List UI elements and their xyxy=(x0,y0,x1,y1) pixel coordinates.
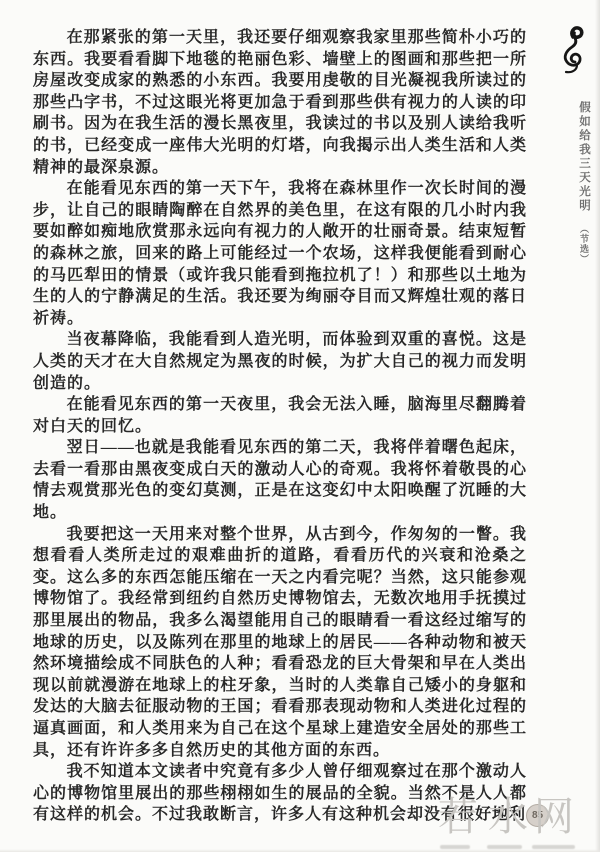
watermark-char-3: 网 xyxy=(534,796,574,838)
body-text: 在那紧张的第一天里，我还要仔细观察我家里那些简朴小巧的东西。我要看看脚下地毯的艳… xyxy=(33,27,527,826)
paragraph-4: 在能看见东西的第一天夜里，我会无法入睡，脑海里尽翻腾着对白天的回忆。 xyxy=(33,394,527,437)
chapter-subtitle-text: （节选） xyxy=(578,224,591,264)
watermark-subtext-blur-1 xyxy=(440,845,470,849)
paragraph-1: 在那紧张的第一天里，我还要仔细观察我家里那些简朴小巧的东西。我要看看脚下地毯的艳… xyxy=(33,27,527,178)
paragraph-3: 当夜幕降临，我能看到人造光明，而体验到双重的喜悦。这是人类的天才在大自然规定为黑… xyxy=(33,329,527,394)
watermark-char-1: 若 xyxy=(438,796,478,838)
chapter-title-text: 假如给我三天光明 xyxy=(578,101,590,213)
watermark-char-2: 水 xyxy=(488,796,528,838)
paragraph-2: 在能看见东西的第一天下午，我将在森林里作一次长时间的漫步，让自己的眼睛陶醉在自然… xyxy=(33,178,527,329)
flourish-ornament-icon xyxy=(556,25,586,75)
paragraph-5: 翌日——也就是我能看见东西的第二天，我将伴着曙色起床，去看一看那由黑夜变成白天的… xyxy=(33,437,527,523)
book-page: 在那紧张的第一天里，我还要仔细观察我家里那些简朴小巧的东西。我要看看脚下地毯的艳… xyxy=(0,0,600,852)
paragraph-6: 我要把这一天用来对整个世界，从古到今，作匆匆的一瞥。我想看看人类所走过的艰难曲折… xyxy=(33,524,527,762)
page-edge-shadow-right xyxy=(595,0,600,852)
watermark-subtext-blur-2 xyxy=(487,845,522,849)
chapter-title-vertical: 假如给我三天光明 （节选） xyxy=(575,101,593,264)
watermark-subtext-blur-3 xyxy=(532,845,575,849)
